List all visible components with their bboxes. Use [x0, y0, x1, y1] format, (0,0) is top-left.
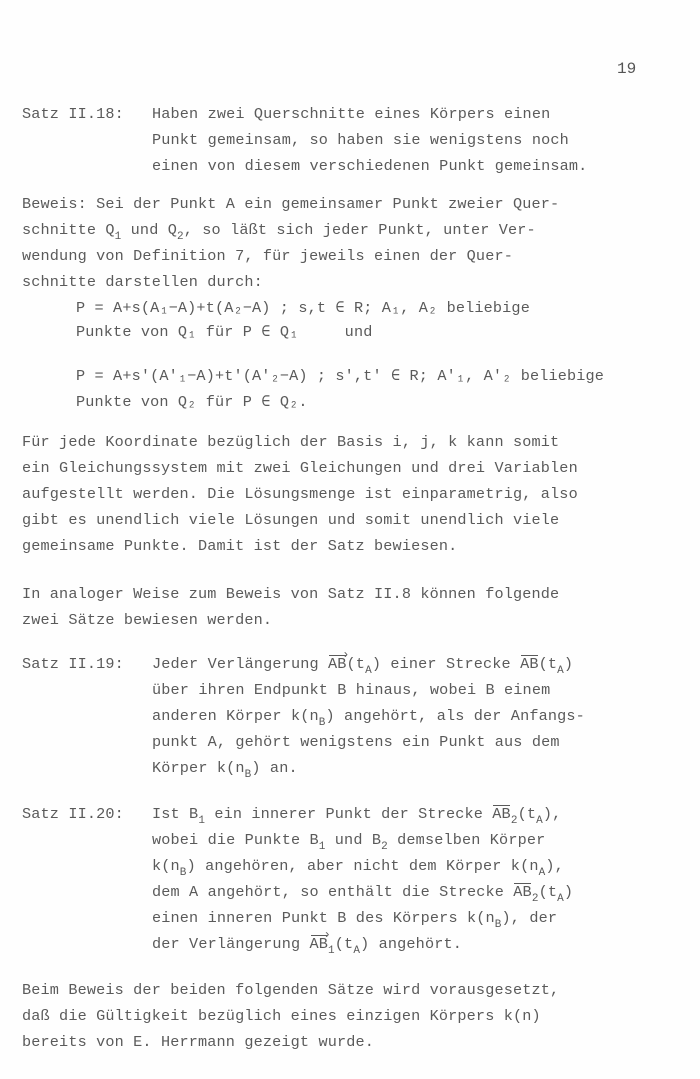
text-fragment: anderen Körper k(n: [152, 707, 319, 725]
subscript: 1: [115, 231, 122, 243]
formula-1: P = A+s(A₁−A)+t(A₂−A) ; s,t ∈ R; A₁, A₂ …: [76, 298, 530, 318]
paragraph-line: Beim Beweis der beiden folgenden Sätze w…: [22, 980, 559, 1000]
paragraph-line: ein Gleichungssystem mit zwei Gleichunge…: [22, 458, 578, 478]
text-fragment: und: [131, 221, 159, 239]
text-fragment: ),: [545, 857, 564, 875]
satz-II-18-line: Punkt gemeinsam, so haben sie wenigstens…: [152, 130, 569, 150]
ray-AB: AB: [328, 654, 347, 674]
paragraph-line: In analoger Weise zum Beweis von Satz II…: [22, 584, 559, 604]
segment-AB2: AB: [513, 882, 532, 902]
subscript: 2: [381, 841, 388, 853]
text-fragment: ): [564, 883, 573, 901]
satz-II-19-line: punkt A, gehört wenigstens ein Punkt aus…: [152, 732, 560, 752]
satz-II-20-line: der Verlängerung AB1(tA) angehört.: [152, 934, 462, 954]
text-fragment: demselben Körper: [388, 831, 546, 849]
text-fragment: ) angehört, als der Anfangs-: [326, 707, 585, 725]
text-fragment: ) angehören, aber nicht dem Körper k(n: [187, 857, 539, 875]
subscript: B: [180, 867, 187, 879]
subscript: 1: [319, 841, 326, 853]
formula-2: P = A+s'(A'₁−A)+t'(A'₂−A) ; s',t' ∈ R; A…: [76, 366, 604, 386]
paragraph-line: bereits von E. Herrmann gezeigt wurde.: [22, 1032, 374, 1052]
proof-line: schnitte Q1 und Q2, so läßt sich jeder P…: [22, 220, 536, 240]
satz-II-20-line: einen inneren Punkt B des Körpers k(nB),…: [152, 908, 557, 928]
text-fragment: ) einer Strecke: [372, 655, 520, 673]
text-fragment: (t: [335, 935, 354, 953]
subscript: B: [495, 919, 502, 931]
text-fragment: ein innerer Punkt der Strecke: [205, 805, 492, 823]
subscript: 2: [177, 231, 184, 243]
subscript: A: [557, 893, 564, 905]
text-fragment: ), der: [502, 909, 558, 927]
satz-II-18-line: Haben zwei Querschnitte eines Körpers ei…: [152, 104, 550, 124]
segment-AB2: AB: [492, 804, 511, 824]
formula-1-cont: Punkte von Q₁ für P ∈ Q₁ und: [76, 322, 372, 342]
paragraph-line: gemeinsame Punkte. Damit ist der Satz be…: [22, 536, 457, 556]
satz-II-19-line: über ihren Endpunkt B hinaus, wobei B ei…: [152, 680, 550, 700]
paragraph-line: gibt es unendlich viele Lösungen und som…: [22, 510, 559, 530]
text-fragment: schnitte Q: [22, 221, 115, 239]
subscript: 2: [532, 893, 539, 905]
satz-II-20-line: wobei die Punkte B1 und B2 demselben Kör…: [152, 830, 545, 850]
satz-II-19-line: Körper k(nB) an.: [152, 758, 298, 778]
text-fragment: (t: [539, 883, 558, 901]
satz-II-20-line: k(nB) angehören, aber nicht dem Körper k…: [152, 856, 564, 876]
paragraph-line: daß die Gültigkeit bezüglich eines einzi…: [22, 1006, 541, 1026]
satz-II-20-line: Ist B1 ein innerer Punkt der Strecke AB2…: [152, 804, 561, 824]
satz-II-19-line: anderen Körper k(nB) angehört, als der A…: [152, 706, 585, 726]
text-fragment: ) an.: [251, 759, 297, 777]
satz-II-20-line: dem A angehört, so enthält die Strecke A…: [152, 882, 573, 902]
paragraph-line: zwei Sätze bewiesen werden.: [22, 610, 272, 630]
proof-line: wendung von Definition 7, für jeweils ei…: [22, 246, 513, 266]
text-fragment: der Verlängerung: [152, 935, 310, 953]
subscript: 1: [328, 945, 335, 957]
text-fragment: Ist B: [152, 805, 198, 823]
document-page: 19 Satz II.18: Haben zwei Querschnitte e…: [0, 0, 700, 1079]
formula-2-cont: Punkte von Q₂ für P ∈ Q₂.: [76, 392, 308, 412]
satz-II-19-line: Jeder Verlängerung AB(tA) einer Strecke …: [152, 654, 573, 674]
proof-line: Beweis: Sei der Punkt A ein gemeinsamer …: [22, 194, 559, 214]
satz-II-18-line: einen von diesem verschiedenen Punkt gem…: [152, 156, 587, 176]
text-fragment: dem A angehört, so enthält die Strecke: [152, 883, 513, 901]
segment-AB: AB: [520, 654, 539, 674]
text-fragment: k(n: [152, 857, 180, 875]
satz-II-18-label: Satz II.18:: [22, 104, 124, 124]
subscript: B: [319, 717, 326, 729]
satz-II-19-label: Satz II.19:: [22, 654, 124, 674]
subscript: A: [557, 665, 564, 677]
page-number: 19: [617, 60, 636, 78]
text-fragment: Q: [168, 221, 177, 239]
text-fragment: (t: [539, 655, 558, 673]
text-fragment: so läßt sich jeder Punkt, unter Ver-: [202, 221, 536, 239]
paragraph-line: Für jede Koordinate bezüglich der Basis …: [22, 432, 559, 452]
subscript: A: [536, 815, 543, 827]
subscript: 2: [511, 815, 518, 827]
satz-II-20-label: Satz II.20:: [22, 804, 124, 824]
text-fragment: (t: [518, 805, 537, 823]
text-fragment: ): [564, 655, 573, 673]
text-fragment: und B: [326, 831, 382, 849]
text-fragment: angehört.: [369, 935, 462, 953]
text-fragment: ): [360, 935, 369, 953]
subscript: A: [365, 665, 372, 677]
text-fragment: Körper k(n: [152, 759, 245, 777]
paragraph-line: aufgestellt werden. Die Lösungsmenge ist…: [22, 484, 578, 504]
text-fragment: Jeder Verlängerung: [152, 655, 328, 673]
ray-AB1: AB: [310, 934, 329, 954]
text-fragment: wobei die Punkte B: [152, 831, 319, 849]
proof-line: schnitte darstellen durch:: [22, 272, 263, 292]
